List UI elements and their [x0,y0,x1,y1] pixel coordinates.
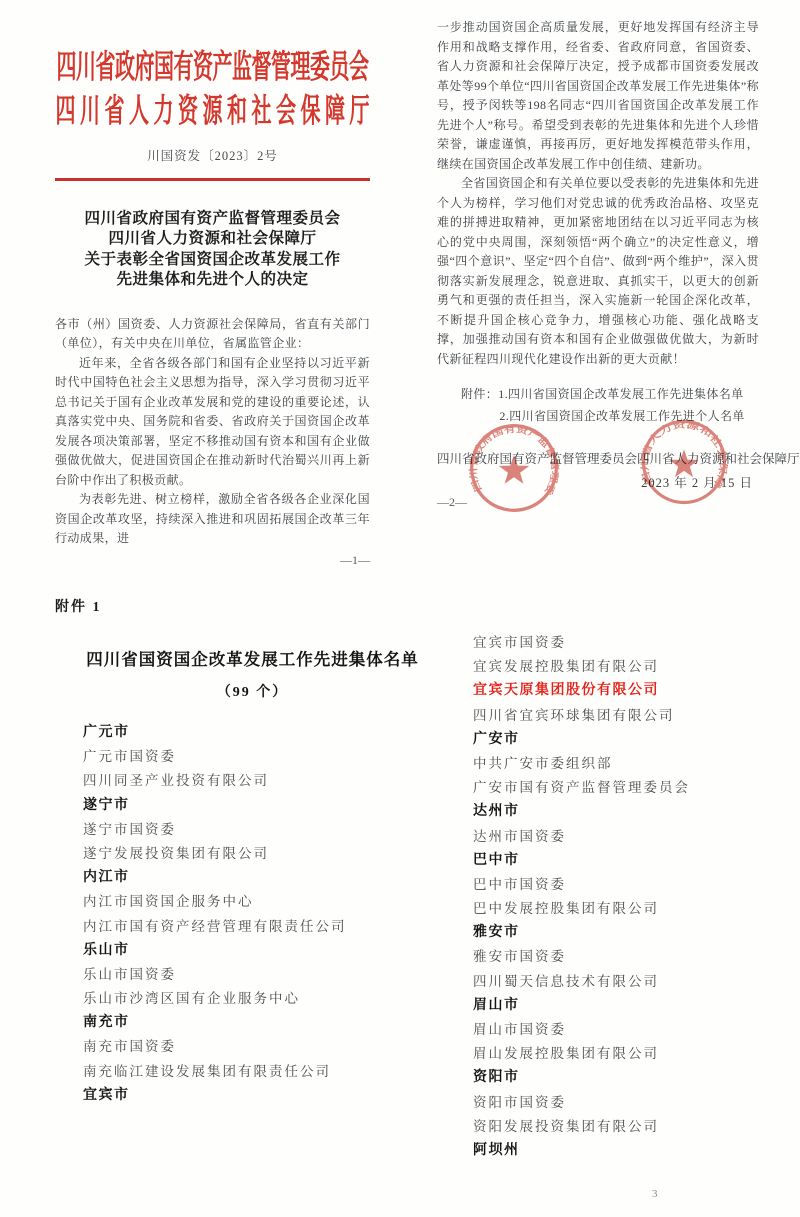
red-letterhead-line2: 四川省人力资源和社会保障厅 [55,84,370,128]
document-scan: 四川省政府国有资产监督管理委员会 四川省人力资源和社会保障厅 川国资发〔2023… [0,0,800,1217]
list-item: 眉山市 [473,994,783,1018]
paragraph: 一步推动国资国企高质量发展，更好地发挥国有经济主导作用和战略支撑作用，经省委、省… [437,18,759,174]
award-list-left-column: 广元市广元市国资委四川同圣产业投资有限公司遂宁市遂宁市国资委遂宁发展投资集团有限… [83,721,413,1108]
document-title: 四川省政府国有资产监督管理委员会四川省人力资源和社会保障厅关于表彰全省国资国企改… [55,209,370,291]
paragraph: 为表彰先进、树立榜样，激励全省各级各企业深化国资国企改革攻坚，持续深入推进和巩固… [55,490,370,549]
document-title-line: 四川省政府国有资产监督管理委员会 [55,209,370,230]
list-item: 宜宾市国资委 [473,631,783,655]
list-item: 南充临江建设发展集团有限责任公司 [83,1060,413,1084]
list-item: 达州市国资委 [473,825,783,849]
document-title-line: 关于表彰全省国资国企改革发展工作 [55,250,370,271]
list-item: 阿坝州 [473,1139,783,1163]
paragraph: 近年来，全省各级各部门和国有企业坚持以习近平新时代中国特色社会主义思想为指导，深… [55,354,370,491]
list-item: 广元市国资委 [83,745,413,769]
attachment-row: 附件：1.四川省国资国企改革发展工作先进集体名单 [437,383,759,405]
list-item: 乐山市 [83,939,413,963]
list-item: 眉山市国资委 [473,1018,783,1042]
list-item: 达州市 [473,800,783,824]
list-item: 巴中市 [473,849,783,873]
attachment-1-count: （99 个） [60,681,445,701]
red-divider-rule [55,178,370,181]
list-item: 广安市 [473,728,783,752]
list-item: 遂宁发展投资集团有限公司 [83,842,413,866]
award-list-right-column: 宜宾市国资委宜宾发展控股集团有限公司宜宾天原集团股份有限公司四川省宜宾环球集团有… [473,631,783,1163]
page-number: 3 [652,1188,658,1200]
list-item: 巴中市国资委 [473,873,783,897]
letterhead-text: 四川省政府国有资产监督管理委员会 [57,40,369,87]
list-item: 遂宁市国资委 [83,818,413,842]
letterhead-text: 四川省人力资源和社会保障厅 [56,84,375,131]
doc-page-2: 一步推动国资国企高质量发展，更好地发挥国有经济主导作用和战略支撑作用，经省委、省… [437,18,759,510]
list-item: 内江市国有资产经营管理有限责任公司 [83,915,413,939]
attachment-1-label: 附件 1 [55,596,102,616]
list-item: 资阳市国资委 [473,1091,783,1115]
list-item: 中共广安市委组织部 [473,752,783,776]
list-item: 四川蜀天信息技术有限公司 [473,970,783,994]
document-title-line: 先进集体和先进个人的决定 [55,270,370,291]
list-item: 乐山市沙湾区国有企业服务中心 [83,987,413,1011]
list-item: 南充市国资委 [83,1035,413,1059]
official-seal-icon: 四川省人力资源和社会保障厅 [639,417,729,507]
list-item: 南充市 [83,1011,413,1035]
list-item: 雅安市 [473,921,783,945]
red-letterhead-line1: 四川省政府国有资产监督管理委员会 [55,40,370,84]
list-item: 广元市 [83,721,413,745]
seal-star-icon [669,449,698,477]
attachment-label: 附件： [461,387,498,401]
list-item: 宜宾发展控股集团有限公司 [473,655,783,679]
list-item: 巴中发展控股集团有限公司 [473,897,783,921]
list-item: 内江市 [83,866,413,890]
list-item: 四川同圣产业投资有限公司 [83,769,413,793]
official-seal-icon: 四川省政府国有资产监督管理委员会 [467,421,561,515]
list-item: 眉山发展控股集团有限公司 [473,1042,783,1066]
document-number: 川国资发〔2023〕2号 [55,146,370,164]
list-item: 四川省宜宾环球集团有限公司 [473,704,783,728]
doc-page-1: 四川省政府国有资产监督管理委员会 四川省人力资源和社会保障厅 川国资发〔2023… [55,40,370,568]
paragraph: 全省国资国企和有关单位要以受表彰的先进集体和先进个人为榜样，学习他们对党忠诚的优… [437,174,759,369]
list-item: 宜宾天原集团股份有限公司 [473,679,783,703]
list-item: 遂宁市 [83,794,413,818]
list-item: 宜宾市 [83,1084,413,1108]
attachment-item: 1.四川省国资国企改革发展工作先进集体名单 [498,387,743,401]
page-number: —1— [55,553,370,568]
list-item: 乐山市国资委 [83,963,413,987]
list-item: 资阳发展投资集团有限公司 [473,1115,783,1139]
list-item: 广安市国有资产监督管理委员会 [473,776,783,800]
list-item: 雅安市国资委 [473,945,783,969]
list-item: 内江市国资国企服务中心 [83,890,413,914]
list-item: 资阳市 [473,1066,783,1090]
seal-star-icon [499,455,529,484]
salutation: 各市（州）国资委、人力资源社会保障局，省直有关部门（单位），有关中央在川单位，省… [55,315,370,354]
attachment-1-title: 四川省国资国企改革发展工作先进集体名单 [60,646,445,670]
document-title-line: 四川省人力资源和社会保障厅 [55,229,370,250]
